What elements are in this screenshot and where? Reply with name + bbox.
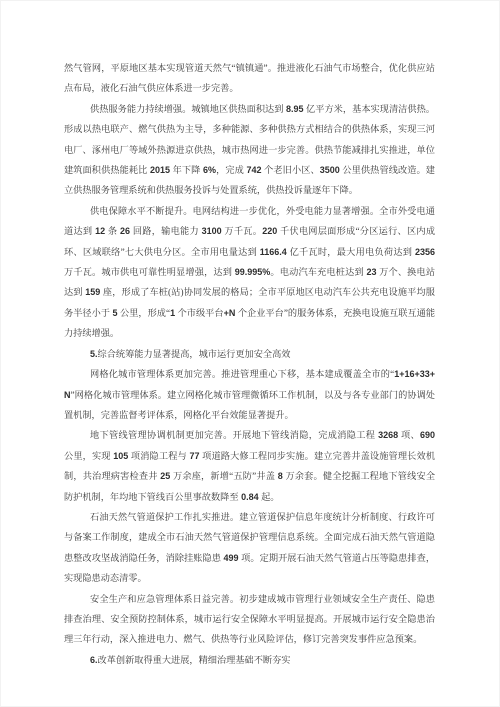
number-run: 690: [420, 430, 435, 440]
text-run: 万千瓦。城市供电可靠性明显增强，达到: [64, 267, 232, 277]
text-run: 条: [108, 226, 117, 236]
number-run: 0.84: [239, 492, 262, 502]
text-run: ，完成: [216, 165, 244, 175]
text-run: 网格化城市管理体系更加完善。推进管理重心下移，基本建成覆盖全市的“: [90, 369, 394, 379]
number-run: 8.95: [283, 104, 306, 114]
paragraph-safety-emergency: 安全生产和应急管理体系日益完善。初步建成城市管理行业领域安全生产责任、隐患排查治…: [64, 589, 435, 650]
text-run: 安全生产和应急管理体系日益完善。初步建成城市管理行业领域安全生产责任、隐患排查治…: [64, 594, 435, 645]
number-run: 5: [110, 308, 120, 318]
text-run: 综合统筹能力显著提高，城市运行更加安全高效: [98, 349, 291, 359]
number-run: 105: [111, 451, 131, 461]
number-run: 25: [158, 471, 173, 481]
number-run: 3500: [320, 165, 343, 175]
text-run: 供热服务能力持续增强。城镇地区供热面积达到: [90, 104, 283, 114]
text-run: 个市级平台: [178, 308, 224, 318]
text-run: 公里，实现: [64, 451, 111, 461]
paragraph-oil-gas-pipeline-protection: 石油天然气管道保护工作扎实推进。建立管道保护信息年度统计分析制度、行政许可与备案…: [64, 507, 435, 589]
number-run: 220: [262, 226, 280, 236]
text-run: 万千瓦。: [224, 226, 262, 236]
text-run: 年下降: [173, 165, 201, 175]
number-run: 2015: [147, 165, 172, 175]
number-run: 26: [117, 226, 133, 236]
number-run: 77: [187, 451, 202, 461]
number-run: 159: [83, 287, 103, 297]
text-run: 地下管线管理协调机制更加完善。开展地下管线消隐，完成消隐工程: [90, 430, 375, 440]
number-run: 8: [275, 471, 285, 481]
number-run: 499: [221, 553, 241, 563]
text-run: 公里，形成“: [120, 308, 170, 318]
text-run: 万余座，新增“五防”井盖: [173, 471, 275, 481]
number-run: 6%: [200, 165, 216, 175]
paragraph-grid-management: 网格化城市管理体系更加完善。推进管理重心下移，基本建成覆盖全市的“1+16+33…: [64, 364, 435, 425]
text-run: 亿千瓦时，最大用电负荷达到: [290, 247, 413, 257]
number-run: 1: [170, 308, 178, 318]
document-page: 然气管网，平原地区基本实现管道天然气“镇镇通”。推进液化石油气市场整合，优化供应…: [0, 0, 500, 707]
number-run: 1166.4: [257, 247, 290, 257]
number-run: +N: [224, 308, 238, 318]
number-run: 2356: [412, 247, 435, 257]
text-run: ”网格化城市管理体系。建立网格化城市管理微循环工作机制，以及与各专业部门的协调处…: [64, 390, 435, 420]
paragraph-heating-service: 供热服务能力持续增强。城镇地区供热面积达到 8.95 亿平方米，基本实现清洁供热…: [64, 99, 435, 201]
number-run: 12: [92, 226, 108, 236]
number-run: 5.: [90, 349, 98, 359]
text-run: 起。: [261, 492, 279, 502]
text-run: 项、: [401, 430, 420, 440]
number-run: 3268: [375, 430, 401, 440]
heading-section-6: 6.改革创新取得重大进展，精细治理基础不断夯实: [64, 650, 435, 670]
paragraph-power-supply: 供电保障水平不断提升。电网结构进一步优化，外受电能力显著增强。全市外受电通道达到…: [64, 201, 435, 344]
text-run: 。电动汽车充电桩达到: [270, 267, 364, 277]
number-run: 99.995%: [232, 267, 270, 277]
number-run: 23: [364, 267, 379, 277]
text-run: 个老旧小区、: [264, 165, 320, 175]
number-run: 742: [244, 165, 264, 175]
text-run: 项消隐工程与: [131, 451, 187, 461]
text-run: 回路，输电能力: [133, 226, 199, 236]
paragraph-gas-pipeline-continuation: 然气管网，平原地区基本实现管道天然气“镇镇通”。推进液化石油气市场整合，优化供应…: [64, 58, 435, 99]
text-run: 改革创新取得重大进展，精细治理基础不断夯实: [98, 655, 291, 665]
paragraph-underground-pipelines: 地下管线管理协调机制更加完善。开展地下管线消隐，完成消隐工程 3268 项、69…: [64, 425, 435, 507]
number-run: 3100: [199, 226, 225, 236]
document-body: 然气管网，平原地区基本实现管道天然气“镇镇通”。推进液化石油气市场整合，优化供应…: [64, 58, 435, 670]
number-run: 6.: [90, 655, 98, 665]
heading-section-5: 5.综合统筹能力显著提高，城市运行更加安全高效: [64, 344, 435, 364]
text-run: 然气管网，平原地区基本实现管道天然气“镇镇通”。推进液化石油气市场整合，优化供应…: [64, 63, 435, 93]
